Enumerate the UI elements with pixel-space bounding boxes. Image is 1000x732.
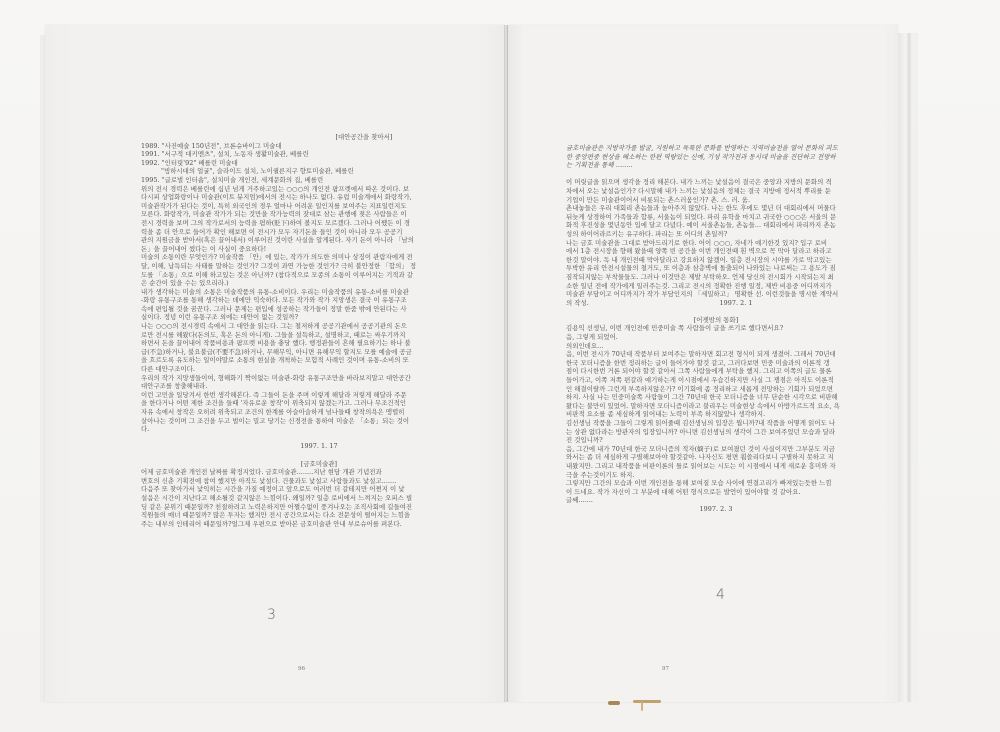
text-line: 다음주 또 찾아가서 낯익히는 시간을 가질 예정이고 앞으로도 여러번 더 갈… <box>141 485 497 494</box>
right-page-stack <box>898 33 918 702</box>
left-page-text: [대안공간을 찾아서] 1989. "사진예술 150년전", 브론슈바이그 미… <box>141 133 497 528</box>
handwritten-page-mark: 3 <box>267 607 276 623</box>
book-spread: · · · [대안공간을 찾아서] 1989. "사진예술 150년전", 브론… <box>40 25 918 702</box>
text-line: 에서 1층 전시장을 향해 왔을때 양쪽 빈 공간을 이번 개인전때 흰 벽으로… <box>566 247 866 256</box>
text-line: 변호의 신춘 기획전에 참여 했지만 아직도 낯설다. 건물과도 낯설고 사람들… <box>141 477 497 486</box>
text-line: 하면서 돈을 끌어내어 작품비용과 팜프렛 비용을 충당 했다. 행정관들이 흔… <box>141 339 497 348</box>
text-line: 인 해결이랄까 그런게 부족하지않은가? 이기회에 좀 정리하고 새롭게 전망하… <box>566 385 866 394</box>
right-page-text: 금호미술관은 지방작가를 발굴, 지원하고 독특한 문화를 반영하는 지역미술전… <box>566 144 866 514</box>
right-body-text: 이 머릿글을 읽으며 생각을 정리 해본다. 내가 느끼는 낯설음이 결국은 중… <box>566 178 866 307</box>
date-entry: 1997. 2. 3 <box>566 505 866 514</box>
text-line: 내왔지만. 그리고 내작품을 비판이론의 틀로 읽어보는 시도는 이 시점에서 … <box>566 462 866 471</box>
text-line: 도를 「소통」으로 이해 하고있는 것은 아닌까? (참다적으로 모종의 소통이… <box>141 271 497 280</box>
text-line: 기업이 만든 미술관이어서 비롯되는 촌스러움인가? 촌. 스. 러. 움. <box>566 196 866 205</box>
text-line: 한것 말이야. 독 내 개인전때 막아달라고 강요하지 않겠어. 일층 전시장의… <box>566 256 866 265</box>
text-line: 이 머릿글을 읽으며 생각을 정리 해본다. 내가 느끼는 낯설음이 결국은 중… <box>566 178 866 187</box>
page-number: 97 <box>662 666 669 672</box>
text-line: 그렇지만 그간의 모습과 이번 개인전을 통해 보여질 모습 사이에 연결고리가… <box>566 479 866 488</box>
text-line: 로만 전시를 해왔다(돈의도, 혹은 돈의 아니게). 그들을 설득하고, 설명… <box>141 331 497 340</box>
exhibition-list: 1989. "사진예술 150년전", 브론슈바이그 미술대1991. "서구적… <box>141 142 497 185</box>
text-line: 1991. "서구적 대키멘츠", 설치, 노동자 생활미술관, 베를린 <box>141 150 497 159</box>
binding-thread-debris <box>608 699 678 711</box>
text-line: 화적 후진성을 몇년동안 입에 달고 다녔다. 예이 서울촌놈들, 촌놈들...… <box>566 221 866 230</box>
text-line: 관의 지원금을 받아서(혹은 끌어내서) 이루어진 것이란 사실을 알게된다. … <box>141 236 497 245</box>
text-line: 1989. "사진예술 150년전", 브론슈바이그 미술대 <box>141 142 497 151</box>
text-line: 짐작되지않는 부착물들도. 그러나 이것만은 제발 부탁하오. 언제 당신의 전… <box>566 273 866 282</box>
text-line: 는 상관 없다라는 방관자의 입장입니까? 아니면 김선생님의 생각이 그간 보… <box>566 428 866 437</box>
text-line: 은 순간이 있을 수는 있으리라.) <box>141 279 497 288</box>
left-page: · · · [대안공간을 찾아서] 1989. "사진예술 150년전", 브론… <box>45 25 506 702</box>
text-line: 1992. "인터릿'92" 베를린 미술대 <box>141 159 497 168</box>
text-line: 어제 금호미술관 개인전 날짜를 확정지었다. 금호미술관........지난 … <box>141 468 497 477</box>
text-line: 전시 경력을 보며 그의 작가로서의 능력을 폄하(貶下)하여 볼지도 모르겠다… <box>141 219 497 228</box>
text-line: 성의 하이어라르키는 유구하다. 파리는 또 어디의 촌일까? <box>566 230 866 239</box>
text-line: 내가 생각하는 미술의 소통은 미술작품의 유통-소비이다. 우리는 미술작품의… <box>141 288 497 297</box>
text-line: 우리의 작가 지망생들이여, 형해화기 짝이없는 미술관-화랑 유통구조만을 바… <box>141 374 497 383</box>
text-line: 뒤늦게 상경하여 가족들과 합류, 서울놈이 되었다. 파리 유학을 마치고 귀… <box>566 213 866 222</box>
text-line: 음, 이번 전시가 70년대 작품부터 보여주는 말하자면 회고전 형식이 되게… <box>566 350 866 359</box>
right-page: · · · 금호미술관은 지방작가를 발굴, 지원하고 독특한 문화를 반영하는… <box>508 25 898 702</box>
section-title-phone-call: [어젯밤의 통화] <box>566 316 866 325</box>
text-line: 미술의 소통이란 무엇인가? 미술작품 「안」에 있는, 작가가 의도한 의미나… <box>141 253 497 262</box>
section-title-kumho: [금호미술관] <box>141 460 497 469</box>
date-entry: 1997. 2. 1 <box>566 299 866 308</box>
text-line: 달, 이해, 납득되는 사태를 말하는 것인가? 그것이 과연 가능한 것인가?… <box>141 262 497 271</box>
text-line: 비판적 요소를 좀 세심하게 읽어내는 노력이 부족 하지않았나 생각하지. <box>566 410 866 419</box>
text-line: 소한 일년 전에 작가에게 일러주는것. 그리고 전시의 정확한 진행 일정, … <box>566 282 866 291</box>
paper-specks: · · · <box>75 121 90 125</box>
text-line: 음, 그간에 내가 70년대 한국 모더니즘의 적자(嫡子)로 보여졌던 것이 … <box>566 445 866 454</box>
left-body-text: 위의 전시 경력은 베를린에 십년 넘게 거주하고있는 ○○○의 개인전 팜프렛… <box>141 185 497 434</box>
text-line: 모른다. 화랑작가, 미술관 작가가 되는 것만을 작가능력의 잣대로 삼는 관… <box>141 210 497 219</box>
text-line: 나는 ○○○의 전시경력 속에서 그 대안을 읽는다. 그는 철저하게 공공기관… <box>141 322 497 331</box>
text-line: 돈」을 끌어내어 썼다는 이 사실이 중요하다! <box>141 245 497 254</box>
text-line: 점이 다시한번 거론 되어야 할것 같아서 그쪽 사람들에게 부탁을 했지. 그… <box>566 367 866 376</box>
text-line: 한국 모더니즘을 한번 정리하는 글이 들어가야 할것 같고, 그러다보면 민중… <box>566 359 866 368</box>
text-line: 1995. "글로벌 인터숍", 설치미술 개인전, 세계문화의 집, 베를린 <box>141 176 497 185</box>
text-line: 차에서 오는 낯설음인가? 다시말해 내가 느끼는 낯설음의 정체는 결국 지방… <box>566 187 866 196</box>
text-line: 김용익 선생님, 이번 개인전에 민중미술 쪽 사람들이 글을 쓰기로 했다면서… <box>566 324 866 333</box>
text-line: -화랑 유통구조를 통해 생각하는 데에만 익숙하다. 모든 작가와 작가 지망… <box>141 296 497 305</box>
text-line: 와서는 좀 더 세심하게 구별해보아야 할것같아. 나자신도 평면 휩쓸리다보니… <box>566 453 866 462</box>
text-line: 딩 같은 분위기 때문일까? 친절하려고 노력은하지만 어쩔수없이 풍겨나오는 … <box>141 503 497 512</box>
section-title-alternative-space: [대안공간을 찾아서] <box>141 133 497 142</box>
text-line: 을 한다거나 어떤 제한 조건을 들때 '자유로운 창작'이 위축되지 않겠는가… <box>141 399 497 408</box>
text-line: 다른 대안구조이다. <box>141 365 497 374</box>
text-line: 음, 그렇게 되었어. <box>566 333 866 342</box>
text-line: 들어가고, 이쪽 저쪽 편갈라 얘기하는게 이시점에서 우습긴하지만 사실 그 … <box>566 376 866 385</box>
text-line: 자유 속에서 창작은 오히려 위축되고 조건의 한계를 아슬아슬하게 넘나들때 … <box>141 408 497 417</box>
text-line: 속에 편입될 것을 꿈꾼다. 그러나 문제는 편입에 성공하는 작가들이 정말 … <box>141 305 497 314</box>
text-line: 김선생님 작품을 그들이 그렇게 읽어줄때 김선생님의 입장은 뭡니까?내 작품… <box>566 419 866 428</box>
text-line: 극을 주는것이기도 하지. <box>566 471 866 480</box>
text-line: 을 흐르도록 유도하는 일이야말로 소통의 현실을 개척하는 모험적 사례인 것… <box>141 356 497 365</box>
dialogue-text: 김용익 선생님, 이번 개인전에 민중미술 쪽 사람들이 글을 쓰기로 했다면서… <box>566 324 866 504</box>
text-line: 급(不急)하거나, 불요불급(不要不急)하거나, 무해무익, 아니면 유해무익 … <box>141 348 497 357</box>
text-line: 실이다. 정녕 이런 유통구조 외에는 대안이 없는 것일까? <box>141 313 497 322</box>
text-line: 다. <box>141 425 497 434</box>
text-line: 살아나는 것이며 그 조건을 두고 벌이는 밀고 당기는 신경전을 통하여 미술… <box>141 417 497 426</box>
text-line: 대안구조를 창출해내라. <box>141 382 497 391</box>
page-number: 96 <box>298 666 305 672</box>
left-body-text-2: 어제 금호미술관 개인전 날짜를 확정지었다. 금호미술관........지난 … <box>141 468 497 528</box>
handwritten-page-mark: 4 <box>716 587 725 603</box>
text-line: 진 것입니까? <box>566 436 866 445</box>
text-line: 왔다는 불만이 있었어. 말하자면 모더니즘이라고 불리우는 미술현상 속에서 … <box>566 402 866 411</box>
text-line: 이런 고민을 일당겨서 한번 생각해본다. 즉 그들이 돈을 주며 이렇게 해달… <box>141 391 497 400</box>
text-line: 촌내놓들은 우리 대회리 촌놈들과 놀아주지 않았다. 나는 한도 후에도 몇년… <box>566 204 866 213</box>
text-line: 이 드네요. 작가 자신이 그 부분에 대해 어떤 형식으로든 발언이 있어야할… <box>566 488 866 497</box>
text-line: 글쎄....... <box>566 496 866 505</box>
paper-specks: · · · <box>566 125 581 129</box>
text-line: 하지. 사실 나는 민중미술쪽 사람들이 그간 70년대 한국 모더니즘을 너무… <box>566 393 866 402</box>
text-line: "빙하시대의 얼굴", 슬라이드 설치, 노이퀼른지구 향토미술관, 베를린 <box>141 167 497 176</box>
text-line: 금호미술관은 지방작가를 발굴, 지원하고 독특한 문화를 반영하는 지역미술전… <box>566 144 866 153</box>
text-line: 나는 금호 미술관을 그대로 받아드리기로 한다. 어이 ○○○, 자네가 얘기… <box>566 239 866 248</box>
text-line: 한 중앙편중 현상을 해소하는 한편 역량있는 신예, 기성 작가전과 동시대 … <box>566 153 866 162</box>
text-line: 투박한 유리 안전시설물의 철거도, 또 이층과 삼층벽에 돌출되어 나와있는 … <box>566 264 866 273</box>
text-line: 설음은 시간이 지난다고 해소될것 같지않은 느낌이다. 왜일까? 일층 로비에… <box>141 494 497 503</box>
text-line: 위의 전시 경력은 베를린에 십년 넘게 거주하고있는 ○○○의 개인전 팜프렛… <box>141 185 497 194</box>
brochure-quote: 금호미술관은 지방작가를 발굴, 지원하고 독특한 문화를 반영하는 지역미술전… <box>566 144 866 170</box>
text-line: 직원들의 매너 때문일까? 많은 투자는 했지만 전시 공간으로서는 다소 전문… <box>141 511 497 520</box>
date-entry: 1997. 1. 17 <box>141 442 497 451</box>
text-line: 미술관 부담이고 어디까지가 작가 부담인지의 「세밀하고」 명확한 선. 이런… <box>566 290 866 299</box>
text-line: 력을 좀 더 안으로 들어가 확인 해보면 이 전시가 모두 자기돈을 들인 것… <box>141 228 497 237</box>
text-line: 다시피 상업화랑이나 미술관(이트 뮤지엄)에서의 전시는 하나도 없다. 유럽… <box>141 193 497 202</box>
text-line: 는 기획전을 통해 ........ <box>566 161 866 170</box>
text-line: 주는 내부의 인테리어 때문일까?얼그제 우편으로 받아본 금호미술관 안내 부… <box>141 520 497 529</box>
text-line: 미술관작가가 된다는 것이, 특히 외국인의 경우 얼마나 어려운 일인지를 보… <box>141 202 497 211</box>
text-line: 의외인데요... <box>566 342 866 351</box>
